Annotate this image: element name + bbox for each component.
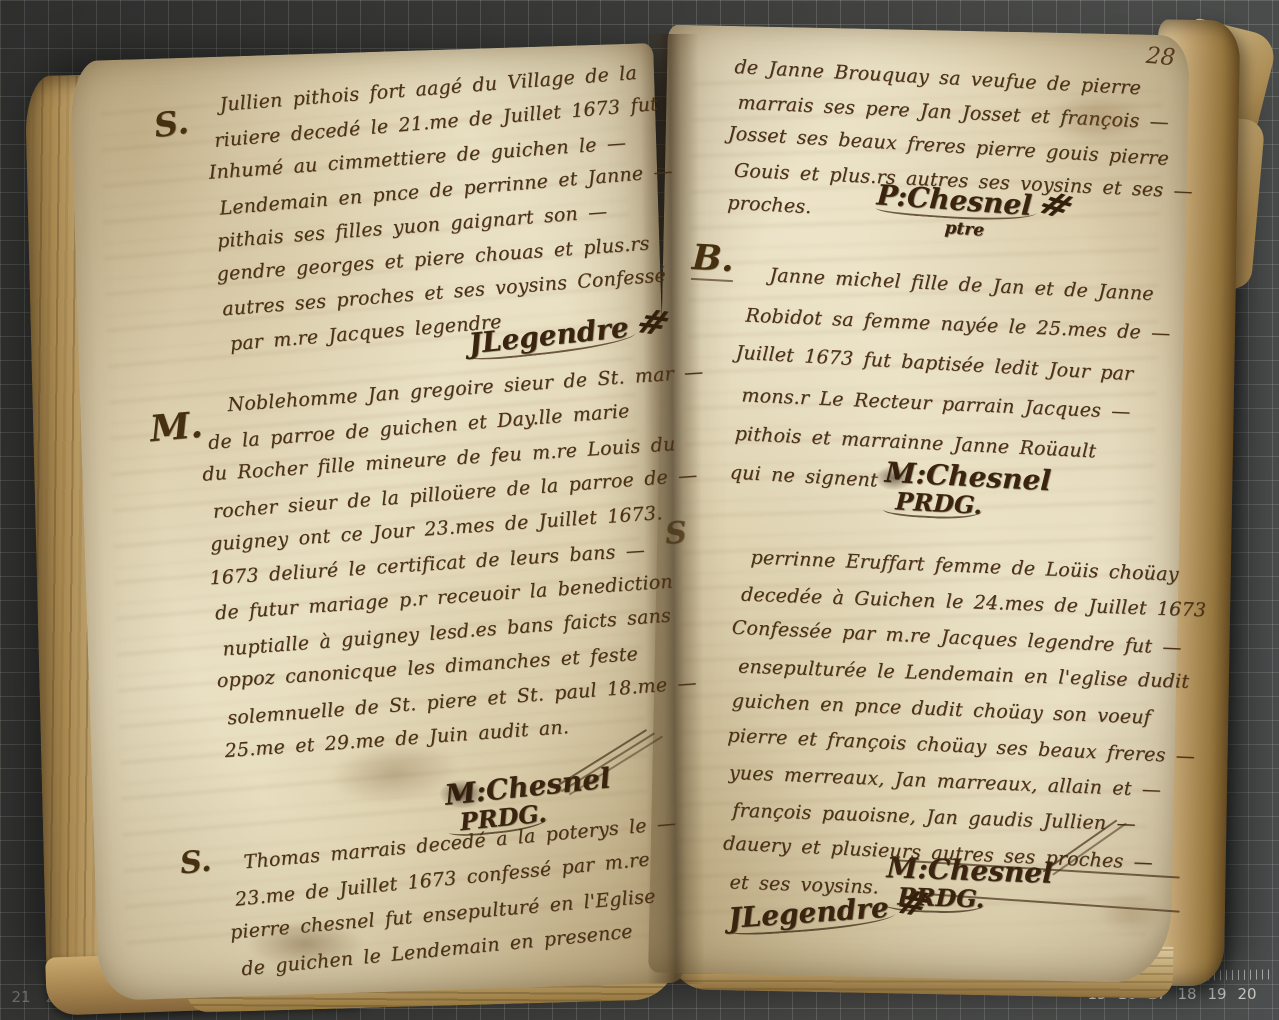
margin-mark-sepulture: S. bbox=[151, 102, 190, 145]
ink-blot bbox=[440, 780, 484, 808]
margin-mark-bapteme: B. bbox=[691, 237, 735, 282]
ruler-number: 20 bbox=[1232, 985, 1262, 1003]
parish-register-photo: 15 16 17 18 19 20 21 20 19 28 S. Jullien… bbox=[0, 0, 1279, 1020]
paper-stain bbox=[1098, 892, 1164, 934]
signature-chesnel: M:Chesnel PRDG. bbox=[885, 853, 1053, 917]
page-number: 28 bbox=[1145, 43, 1176, 71]
signature-title: PRDG. bbox=[883, 488, 983, 521]
ruler-number: 21 bbox=[4, 988, 38, 1006]
paper-stain bbox=[1048, 92, 1144, 144]
signature-title: PRDG. bbox=[885, 883, 985, 914]
ruler-number: 19 bbox=[1202, 985, 1232, 1003]
ink-blot bbox=[876, 466, 912, 490]
marriage-banns-entry: Noblehomme Jan gregoire sieur de St. mar… bbox=[200, 363, 729, 777]
margin-mark-sepulture: S bbox=[664, 515, 688, 551]
margin-mark-mariage: M. bbox=[148, 404, 204, 450]
ink-smudge bbox=[246, 920, 364, 968]
margin-mark-sepulture: S. bbox=[178, 843, 213, 881]
signature-chesnel: M:Chesnel PRDG. bbox=[883, 458, 1052, 525]
